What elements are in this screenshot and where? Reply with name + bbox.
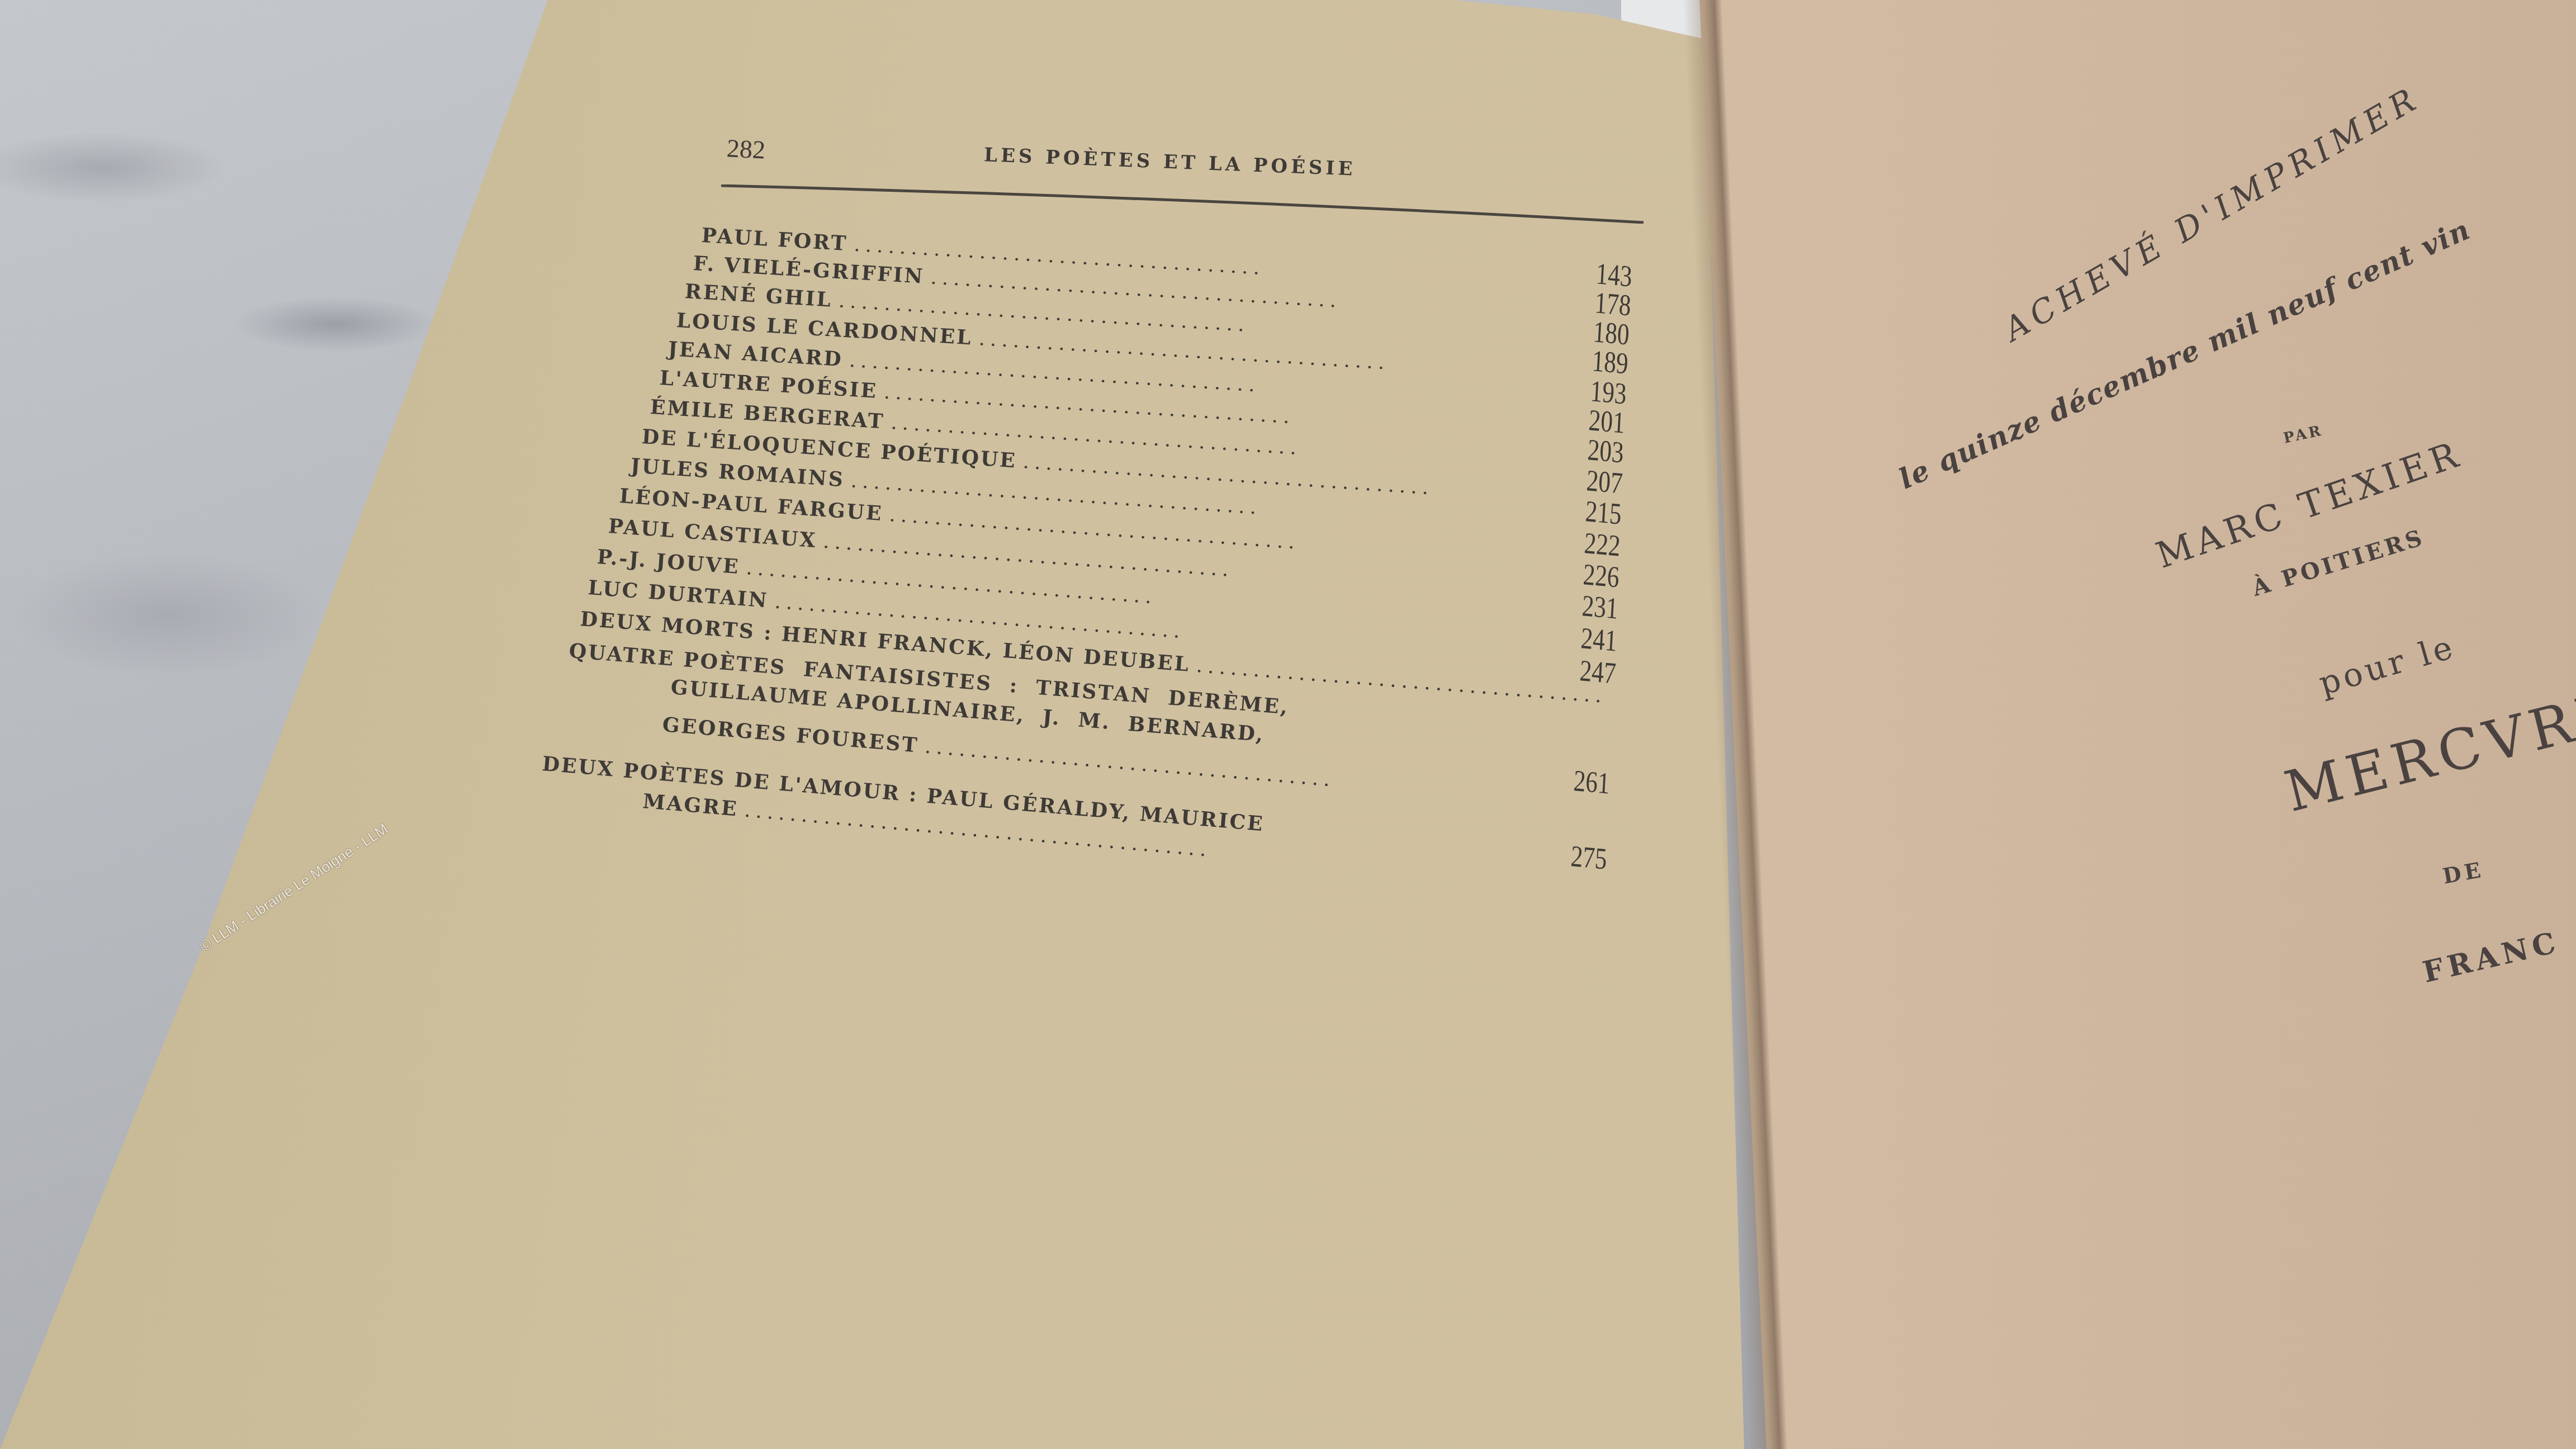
header-rule: [721, 184, 1644, 224]
toc-page-number: 241: [1580, 621, 1618, 658]
toc-page-number: 275: [1570, 839, 1608, 876]
toc-page-number: 261: [1573, 763, 1611, 801]
toc-page-number: 231: [1581, 588, 1619, 626]
page-number: 282: [726, 133, 766, 165]
toc-page-number: 247: [1579, 653, 1617, 690]
